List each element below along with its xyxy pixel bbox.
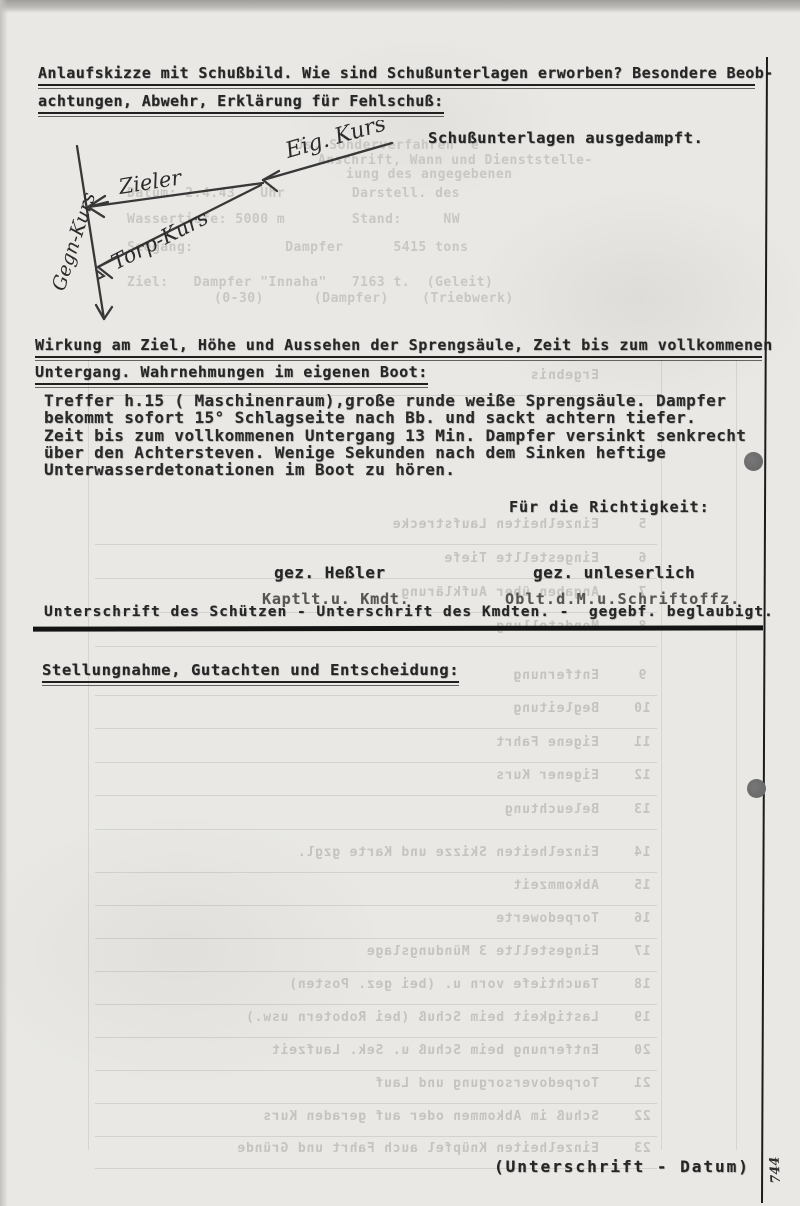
bleed-row-label: Entfernung beim Schuß u. Sek. Laufzeit [271,1043,599,1058]
bleed-row-number: 20 [627,1043,657,1058]
bleed-row-label: Begleitung [513,701,599,716]
signature-caption: Unterschrift des Schützen - Unterschrift… [44,604,774,620]
hole-punch [747,779,766,798]
signature-left: gez. Heßler [274,563,385,582]
bleed-row-number: 21 [627,1076,657,1091]
scanned-report-page: Js. Sonderverfahren eAnschrift, Wann und… [0,0,800,1206]
bleed-row-number: 15 [627,878,657,893]
bleed-row-label: Tauchtiefe vorn u. (bei gez. Posten) [288,977,599,992]
bleed-row-label: Eigene Fahrt [495,735,599,750]
bleed-row-number: 19 [627,1010,657,1025]
bleed-row: 13Beleuchtung [95,802,657,830]
sketch-section-heading-line2: achtungen, Abwehr, Erklärung für Fehlsch… [38,92,444,114]
bleed-table-rule [736,360,737,1150]
bleed-row: 5Einzelheiten Laufstrecke [95,517,657,545]
bleed-row-number: 11 [627,735,657,750]
body-line: über den Achtersteven. Wenige Sekunden n… [44,443,746,460]
bleed-row: 17Eingestellte 3 Mündungslage [95,944,657,972]
bleed-row-label: Ergebnis [530,368,599,383]
bleed-row-number: 23 [627,1141,657,1156]
bleed-row: 11Eigene Fahrt [95,735,657,763]
bleed-row-number: 16 [627,911,657,926]
bleed-row-number: 17 [627,944,657,959]
bleed-row-number: 13 [627,802,657,817]
bleed-row: 14Einzelheiten Skizze und Karte gzgl. [95,845,657,873]
bleed-row: 16Torpedowerte [95,911,657,939]
bleed-row-label: Torpedowerte [495,911,599,926]
bleed-row-label: Eingestellte 3 Mündungslage [366,944,599,959]
bleed-row-number: 5 [627,517,657,532]
bleed-row-label: Einzelheiten Laufstrecke [392,517,599,532]
body-line: Unterwasserdetonationen im Boot zu hören… [44,460,746,477]
bleed-row-label: Abkommzeit [513,878,599,893]
bleed-row-label: Entfernung [513,668,599,683]
bleed-row-number: 18 [627,977,657,992]
bleed-row: 8Mondstellung [95,619,657,647]
bleed-row-label: Beleuchtung [504,802,599,817]
effect-section-heading-line2: Untergang. Wahrnehmungen im eigenen Boot… [35,363,428,385]
body-line: Treffer h.15 ( Maschinenraum),große rund… [44,391,746,408]
own-course-arrowhead [263,171,279,191]
bleed-row-number: 9 [627,668,657,683]
effect-body-paragraph: Treffer h.15 ( Maschinenraum),große rund… [44,391,746,477]
bleed-row-number: 22 [627,1109,657,1124]
bleed-row: 19Lastigkeit beim Schuß (bei Robotern us… [95,1010,657,1038]
assessment-section-heading: Stellungnahme, Gutachten und Entscheidun… [42,661,459,683]
body-line: bekommt sofort 15° Schlagseite nach Bb. … [44,408,746,425]
bleed-row-number: 14 [627,845,657,860]
effect-section-heading-line1: Wirkung am Ziel, Höhe und Aussehen der S… [35,336,762,358]
bleed-row-label: Einzelheiten Skizze und Karte gzgl. [297,845,599,860]
sketch-course-lines [77,143,392,319]
bleed-row: 22Schuß im Abkommen oder auf geraden Kur… [95,1109,657,1137]
torpedo-course-label: Torp-Kurs [107,205,212,274]
bleed-row-label: Schuß im Abkommen oder auf geraden Kurs [263,1109,599,1124]
bleed-row-number: 12 [627,768,657,783]
approach-sketch: Eig. Kurs Zieler Torp-Kurs Gegn-Kurs [20,120,430,335]
bleed-row: 18Tauchtiefe vorn u. (bei gez. Posten) [95,977,657,1005]
bleed-row: 10Begleitung [95,701,657,729]
bleed-row-label: Lastigkeit beim Schuß (bei Robotern usw.… [245,1010,599,1025]
bleed-row-label: Eigener Kurs [495,768,599,783]
bleed-row: 15Abkommzeit [95,878,657,906]
signature-date-label: (Unterschrift - Datum) [494,1157,750,1176]
signature-right: gez. unleserlich [533,563,695,582]
bleed-row: 20Entfernung beim Schuß u. Sek. Laufzeit [95,1043,657,1071]
shot-basis-note: Schußunterlagen ausgedampft. [428,129,703,147]
scan-edge-top [0,0,800,13]
certification-title: Für die Richtigkeit: [509,498,710,516]
bleed-row-number: 10 [627,701,657,716]
page-border-line [761,57,768,1203]
body-line: Zeit bis zum vollkommenen Untergang 13 M… [44,426,746,443]
own-course-label: Eig. Kurs [282,120,389,164]
sketch-section-heading-line1: Anlaufskizze mit Schußbild. Wie sind Sch… [38,64,755,86]
scan-edge-left [0,0,8,1206]
bleed-row-label: Einzelheiten Knüpfel auch Fahrt und Grün… [237,1141,599,1156]
handwritten-page-number: 744 [768,1156,784,1184]
hole-punch [744,452,763,471]
bleed-row: 21Torpedoversorgung und Lauf [95,1076,657,1104]
bleed-row: 12Eigener Kurs [95,768,657,796]
bleed-table-rule [661,360,662,1150]
bleed-row-label: Torpedoversorgung und Lauf [375,1076,599,1091]
